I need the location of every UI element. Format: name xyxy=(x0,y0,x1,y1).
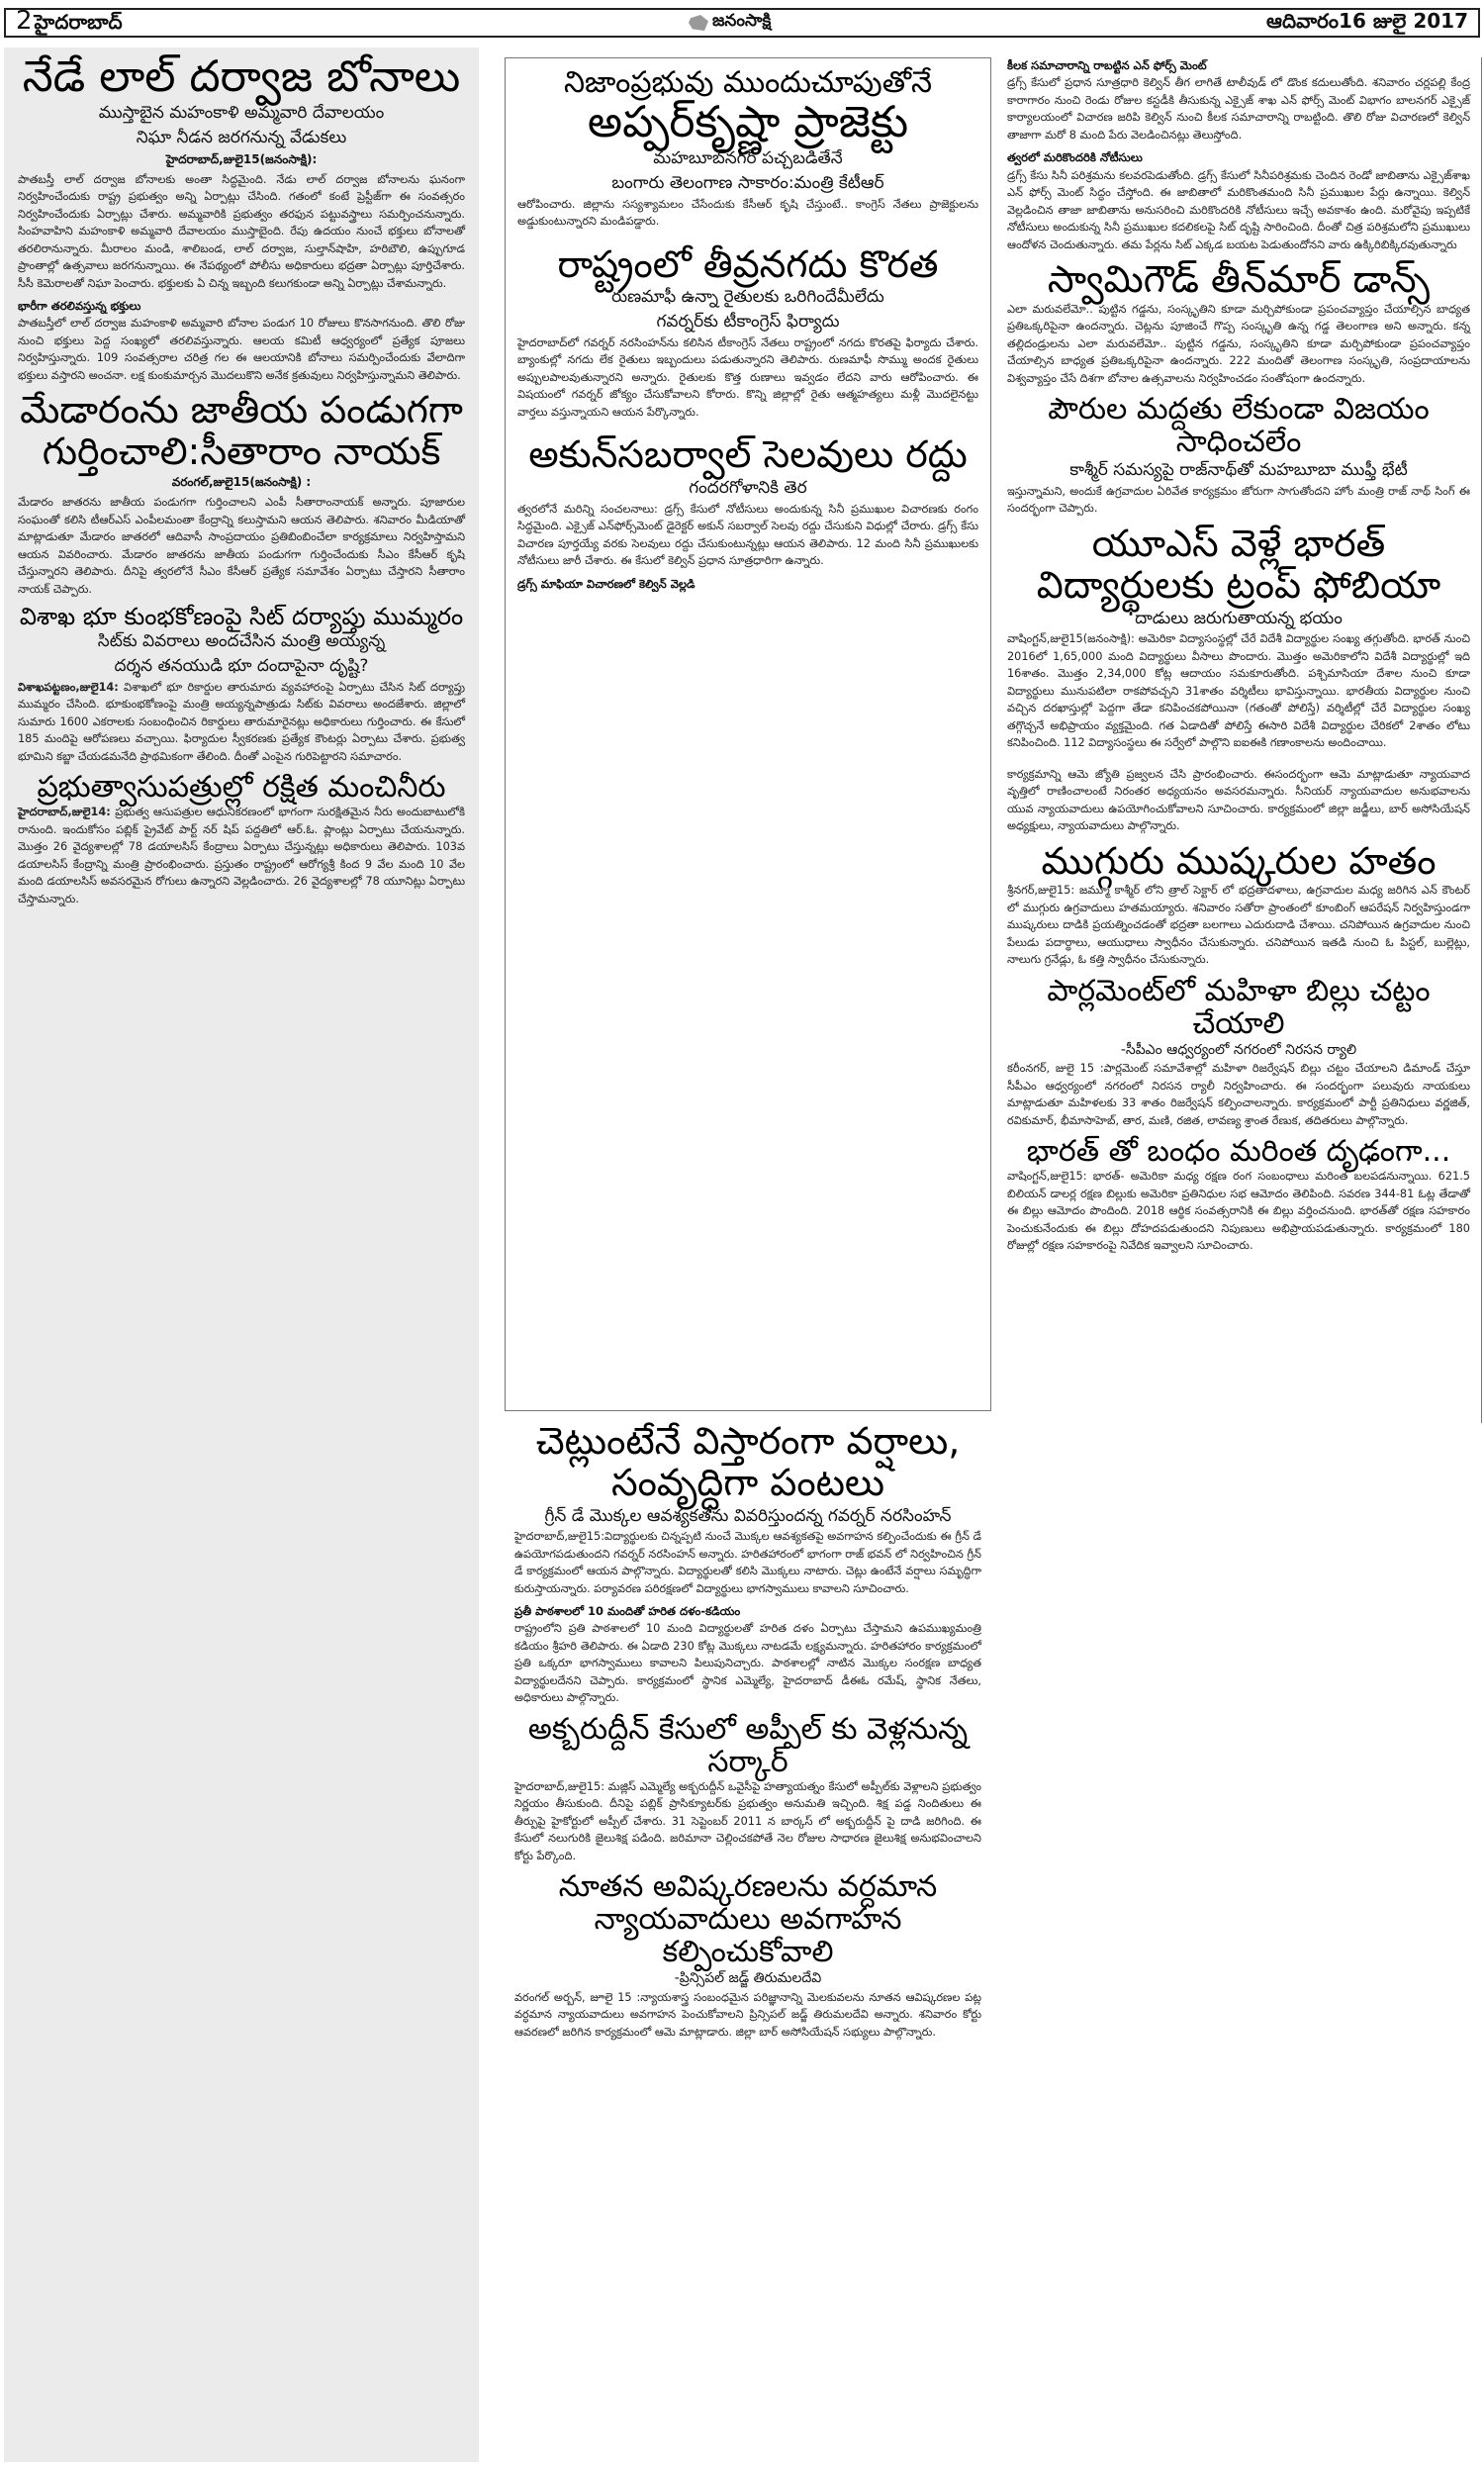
article-green-day: చెట్లుంటేనే విస్తారంగా వర్షాలు, సంవృద్ధి… xyxy=(514,1421,981,1707)
subheadline: రుణమాఫీ ఉన్నా రైతులకు ఒరిగిందేమీలేదు xyxy=(517,285,978,310)
article-body: శ్రీనగర్,జులై15: జమ్మూ కాశ్మీర్ లోని త్ర… xyxy=(1007,882,1470,969)
section-subhead: భారీగా తరలివస్తున్న భక్తులు xyxy=(18,298,465,315)
subheadline: బంగారు తెలంగాణ సాకారం:మంత్రి కేటీఆర్ xyxy=(517,171,978,196)
headline: విశాఖ భూ కుంభకోణంపై సిట్ దర్యాప్తు ముమ్మ… xyxy=(18,604,465,629)
headline: పౌరుల మద్దతు లేకుండా విజయం సాధించలేం xyxy=(1007,393,1470,458)
article-akun-sabharwal: అకున్‌సబర్వాల్ సెలవులు రద్దు గందరగోళానిక… xyxy=(517,434,978,593)
dateline: విశాఖపట్టణం,జులై14: xyxy=(18,681,119,694)
middle-lower-column: చెట్లుంటేనే విస్తారంగా వర్షాలు, సంవృద్ధి… xyxy=(505,1421,991,2470)
article-body: మేడారం జాతరను జాతీయ పండుగగా గుర్తించాలని… xyxy=(18,494,465,598)
headline: స్వామిగౌడ్ తీన్‌మార్ డాన్స్ xyxy=(1007,259,1470,301)
article-bonalu: నేడే లాల్ దర్వాజ బోనాలు ముస్తాబైన మహంకాళ… xyxy=(18,53,465,384)
headline: మేడారంను జాతీయ పండుగగా గుర్తించాలి:సీతార… xyxy=(18,390,465,473)
headline: యూఎస్ వెళ్లే భారత్ విద్యార్థులకు ట్రంప్ … xyxy=(1007,523,1470,607)
section-subhead: త్వరలో మరికొందరికి నోటీసులు xyxy=(1007,149,1470,166)
dateline: హైదరాబాద్,జులై15(జనంసాక్షి): xyxy=(18,152,465,169)
article-body: కార్యక్రమాన్ని ఆమె జ్యోతి ప్రజ్వలన చేసి … xyxy=(1007,766,1470,835)
section-subhead: డ్రగ్స్ మాఫియా విచారణలో కెల్విన్ వెల్లడి xyxy=(517,576,978,593)
headline: అకున్‌సబర్వాల్ సెలవులు రద్దు xyxy=(517,434,978,476)
article-body: డ్రగ్స్ కేసు సినీ పరిశ్రమను కలవరపెడుతోంద… xyxy=(1007,167,1470,254)
article-enforcement: కీలక సమాచారాన్ని రాబట్టిన ఎన్ ఫోర్స్ మెం… xyxy=(1007,57,1470,253)
page-label: 2 హైదరాబాద్ xyxy=(16,8,123,39)
subheadline: గందరగోళానికి తెర xyxy=(517,476,978,501)
byline: -ప్రిన్సిపల్ జడ్జ్ తిరుమలదేవి xyxy=(514,1968,981,1988)
article-us-india: భారత్ తో బంధం మరింత దృఢంగా... వాషింగ్టన్… xyxy=(1007,1135,1470,1255)
subheadline: కాశ్మీర్ సమస్యపై రాజ్‌నాథ్‌తో మహబూబా ముఫ… xyxy=(1007,458,1470,483)
article-body: కరీంనగర్, జులై 15 :పార్లమెంట్ సమావేశాల్ల… xyxy=(1007,1060,1470,1129)
article-swamygoud: స్వామిగౌడ్ తీన్‌మార్ డాన్స్ ఎలా మరువలేమో… xyxy=(1007,259,1470,387)
article-body: హైదరాబాద్,జులై15:విద్యార్థులకు చిన్నప్పట… xyxy=(514,1528,981,1597)
article-body: త్వరలోనే మరిన్ని సంచలనాలు: డ్రగ్స్ కేసుల… xyxy=(517,501,978,570)
subheadline: సిట్‌కు వివరాలు అందచేసిన మంత్రి అయ్యన్న xyxy=(18,629,465,654)
article-body: హైదరాబాద్,జులై15: మజ్లిస్ ఎమ్మెల్యే అక్బ… xyxy=(514,1778,981,1865)
kicker: నిజాంప్రభువు ముందుచూపుతోనే xyxy=(517,66,978,99)
section-name: హైదరాబాద్ xyxy=(35,10,123,39)
article-medaram: మేడారంను జాతీయ పండుగగా గుర్తించాలి:సీతార… xyxy=(18,390,465,598)
headline: చెట్లుంటేనే విస్తారంగా వర్షాలు, సంవృద్ధి… xyxy=(514,1421,981,1504)
article-us-students: యూఎస్ వెళ్లే భారత్ విద్యార్థులకు ట్రంప్ … xyxy=(1007,523,1470,752)
headline: భారత్ తో బంధం మరింత దృఢంగా... xyxy=(1007,1135,1470,1168)
article-visakha: విశాఖ భూ కుంభకోణంపై సిట్ దర్యాప్తు ముమ్మ… xyxy=(18,604,465,765)
masthead: 2 హైదరాబాద్ జనంసాక్షి ఆదివారం16 జులై 201… xyxy=(4,8,1480,38)
section-subhead: కీలక సమాచారాన్ని రాబట్టిన ఎన్ ఫోర్స్ మెం… xyxy=(1007,57,1470,74)
subheadline: దర్శన తనయుడి భూ దందాపైనా దృష్టి? xyxy=(18,654,465,679)
article-akbaruddin: అక్బరుద్దీన్ కేసులో అప్పీల్ కు వెళ్లనున్… xyxy=(514,1713,981,1865)
issue-date: ఆదివారం16 జులై 2017 xyxy=(1266,9,1468,38)
article-body: పాతబస్తీలో లాల్ దర్వాజ మహంకాళి అమ్మవారి … xyxy=(18,315,465,384)
subheadline: మహబూబ్‌నగర్ పచ్చబడితేనే xyxy=(517,146,978,171)
article-body: హైదరాబాద్‌లో గవర్నర్ నరసింహన్‌ను కలిసిన … xyxy=(517,334,978,422)
headline: నూతన అవిష్కరణలను వర్దమాన న్యాయవాదులు అవగ… xyxy=(514,1870,981,1968)
article-cash-shortage: రాష్ట్రంలో తీవ్రనగదు కొరత రుణమాఫీ ఉన్నా … xyxy=(517,244,978,422)
left-column: నేడే లాల్ దర్వాజ బోనాలు ముస్తాబైన మహంకాళ… xyxy=(4,48,479,2462)
article-kashmir: పౌరుల మద్దతు లేకుండా విజయం సాధించలేం కాశ… xyxy=(1007,393,1470,518)
page-number: 2 xyxy=(16,8,33,34)
article-water: ప్రభుత్వాసుపత్రుల్లో రక్షిత మంచినీరు హైద… xyxy=(18,771,465,907)
headline: రాష్ట్రంలో తీవ్రనగదు కొరత xyxy=(517,244,978,286)
section-subhead: ప్రతీ పాఠశాలలో 10 మందితో హరిత దళం-కడియం xyxy=(514,1603,981,1620)
article-body: రాష్ట్రంలోని ప్రతి పాఠశాలలో 10 మంది విద్… xyxy=(514,1620,981,1707)
article-upper-krishna: నిజాంప్రభువు ముందుచూపుతోనే అప్పర్‌కృష్ణా… xyxy=(517,66,978,231)
article-body: ఇస్తున్నామని, అందుకే ఉగ్రవాదుల ఏరివేత కా… xyxy=(1007,483,1470,518)
article-body: డ్రగ్స్ కేసులో ప్రధాన సూత్రధారి కెల్విన్… xyxy=(1007,74,1470,143)
article-body: హైదరాబాద్,జులై14: ప్రభుత్వ ఆసుపత్రుల ఆధు… xyxy=(18,804,465,907)
paper-name: జనంసాక్షి xyxy=(712,11,771,35)
article-body: వాషింగ్టన్,జులై15: భారత్- అమెరికా మధ్య ర… xyxy=(1007,1168,1470,1255)
article-body: పాతబస్తీ లాల్ దర్వాజ బోనాలకు అంతా సిద్ధమ… xyxy=(18,171,465,293)
headline: అక్బరుద్దీన్ కేసులో అప్పీల్ కు వెళ్లనున్… xyxy=(514,1713,981,1778)
middle-box: నిజాంప్రభువు ముందుచూపుతోనే అప్పర్‌కృష్ణా… xyxy=(505,57,991,1411)
headline: పార్లమెంట్‌లో మహిళా బిల్లు చట్టం చేయాలి xyxy=(1007,975,1470,1040)
headline: అప్పర్‌కృష్ణా ప్రాజెక్టు xyxy=(517,99,978,146)
dateline: హైదరాబాద్,జులై14: xyxy=(18,806,111,818)
right-column: కీలక సమాచారాన్ని రాబట్టిన ఎన్ ఫోర్స్ మెం… xyxy=(999,57,1478,2472)
article-program: కార్యక్రమాన్ని ఆమె జ్యోతి ప్రజ్వలన చేసి … xyxy=(1007,766,1470,835)
subheadline: గ్రీన్ డే మొక్కల ఆవశ్యకతను వివరిస్తుందన్… xyxy=(514,1504,981,1529)
article-militants: ముగ్గురు ముష్కరుల హతం శ్రీనగర్,జులై15: జ… xyxy=(1007,841,1470,969)
telangana-map-icon xyxy=(689,15,708,31)
byline: -సీపీఎం ఆధ్వర్యంలో నగరంలో నిరసన ర్యాలి xyxy=(1007,1040,1470,1060)
article-lawyers: నూతన అవిష్కరణలను వర్దమాన న్యాయవాదులు అవగ… xyxy=(514,1870,981,2041)
subheadline: గవర్నర్‌కు టీకాంగ్రెస్ ఫిర్యాదు xyxy=(517,310,978,334)
article-body: ఎలా మరువలేమో.. పుట్టిన గడ్డను, సంస్కృతిన… xyxy=(1007,301,1470,388)
subheadline: ముస్తాబైన మహంకాళి అమ్మవారి దేవాలయం xyxy=(18,101,465,126)
article-body: ఆరోపించారు. జిల్లాను సస్యశ్యామలం చేసేందు… xyxy=(517,196,978,231)
article-body: వరంగల్ అర్బన్, జూలై 15 :న్యాయశాస్త్ర సంబ… xyxy=(514,1989,981,2042)
article-body: వాషింగ్టన్,జులై15(జనంసాక్షి): అమెరికా వి… xyxy=(1007,630,1470,752)
subheadline: నిఘా నీడన జరగనున్న వేడుకలు xyxy=(18,126,465,150)
article-body: విశాఖపట్టణం,జులై14: విశాఖలో భూ రికార్డుల… xyxy=(18,679,465,766)
headline: ప్రభుత్వాసుపత్రుల్లో రక్షిత మంచినీరు xyxy=(18,771,465,804)
headline: ముగ్గురు ముష్కరుల హతం xyxy=(1007,841,1470,883)
dateline: వరంగల్,జులై15(జనంసాక్షి) : xyxy=(18,475,465,492)
subheadline: దాడులు జరుగుతాయన్న భయం xyxy=(1007,607,1470,631)
headline: నేడే లాల్ దర్వాజ బోనాలు xyxy=(18,53,465,101)
article-women-bill: పార్లమెంట్‌లో మహిళా బిల్లు చట్టం చేయాలి … xyxy=(1007,975,1470,1129)
paper-logo: జనంసాక్షి xyxy=(689,11,771,35)
body-text: ప్రభుత్వ ఆసుపత్రుల ఆధునీకరణంలో భాగంగా సు… xyxy=(18,806,465,905)
